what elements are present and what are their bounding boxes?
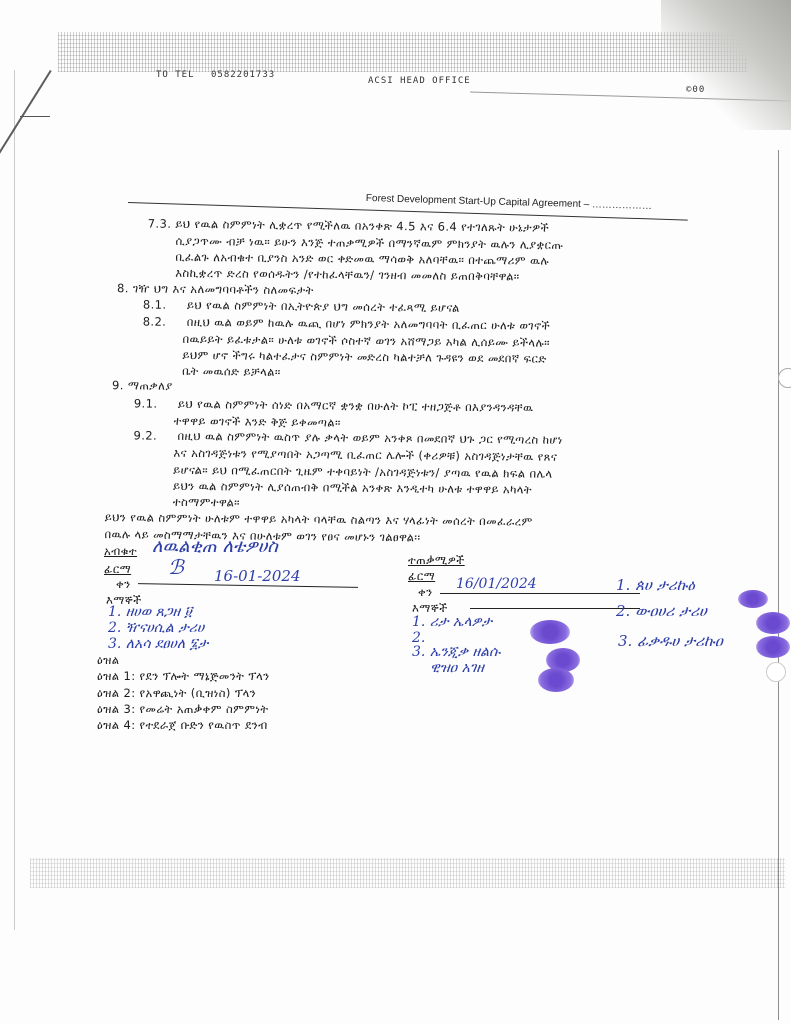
attachment-item: ዕዝል 3: የመሬት አጠቃቀም ስምምነት: [97, 702, 269, 717]
right-party-title: ተጠቃሚዎች: [408, 553, 465, 568]
fax-tel-number: 0582201733: [211, 70, 275, 80]
closing-statement: ይህን የዉል ስምምነት ሁለቱም ተዋዋይ አካላት ባላቸዉ ስልጣን እ…: [105, 510, 533, 529]
left-signature: ℬ: [168, 555, 184, 579]
punch-hole: [766, 662, 786, 682]
clause-line: ተዋዋይ ወገኖች እንድ ቅጅ ይቀመጣል።: [174, 414, 341, 431]
right-witness-1: 1. ሪታ ኤላዎታ: [412, 614, 492, 630]
fax-tel-label: TO TEL: [156, 70, 195, 80]
edge-mark: [20, 116, 50, 117]
right-date-label: ቀን: [418, 585, 433, 600]
thumbprint: [756, 636, 790, 658]
right-signer-3: 3. ፊቃዱሀ ታሪኩዐ: [618, 632, 723, 650]
left-signature-label: ፊርማ: [104, 562, 131, 577]
clause-8-2: 8.2. በዚህ ዉል ወይም ከዉሉ ዉጪ በሆነ ምክንያት አለመግባባት…: [143, 314, 550, 333]
clause-8-1: 8.1. ይህ የዉል ስምምነት በኢትዮጵያ ህግ መሰረት ተፈጻሚ ይሆ…: [143, 297, 460, 315]
left-witness-2: 2. ዥናሀሲል ታሪሀ: [108, 620, 204, 636]
clause-9: 9. ማጠቃለያ: [112, 378, 173, 394]
attachment-item: ዕዝል 1: የደን ፕሎት ማኔጅመንት ፕላን: [97, 669, 270, 684]
clause-9-1: 9.1. ይህ የዉል ስምምነት ሰነድ በአማርኛ ቋንቋ በሁለት ኮፒ …: [134, 396, 534, 415]
left-witness-1: 1. ዘሀወ ጸጋዘ ፱: [108, 604, 192, 620]
right-date-value: 16/01/2024: [456, 576, 537, 592]
clause-8: 8. ገዥ ህግ እና አለመግባባቶችን ስለመፍታት: [117, 281, 314, 298]
clause-line: ቤት መዉሰድ ይቻላል።: [182, 364, 281, 380]
scan-noise-bottom: [30, 858, 785, 888]
thumbprint: [530, 620, 570, 644]
clause-7-3: 7.3. ይህ የዉል ስምምነት ሊቋረጥ የሚችለዉ በአንቀጽ 4.5 እ…: [148, 217, 550, 236]
right-signer-2: 2. ውዐሀሪ ታሪሀ: [616, 602, 707, 620]
page-fold-line: [0, 70, 52, 228]
right-witness-3: 3. ኤንጂቃ ዘልሱ: [412, 644, 500, 660]
left-witness-3: 3. ለአሳ ደፀሀለ ፮ታ: [108, 636, 208, 652]
left-date-label: ቀን: [116, 577, 131, 592]
left-date-value: 16-01-2024: [214, 567, 300, 585]
attachment-item: ዕዝል 4: የተደራጀ ቡድን የዉስጥ ደንብ: [97, 718, 268, 733]
thumbprint: [756, 612, 790, 634]
right-date-rule: [440, 593, 640, 594]
right-witness-4: ዊዝዐ አገዘ: [430, 660, 484, 676]
fax-page-mark: ©00: [686, 85, 705, 95]
thumbprint: [538, 668, 574, 692]
left-party-name-handwritten: ለዉልቂጠ ለቴዎሀስ: [152, 536, 278, 557]
scan-edge-left: [14, 70, 15, 930]
document-header: Forest Development Start-Up Capital Agre…: [366, 193, 652, 212]
scan-edge-right: [778, 150, 779, 1020]
thumbprint: [738, 590, 768, 608]
clause-line: ተስማምተዋል።: [173, 495, 240, 511]
clause-line: እና አስገዳጅነቱን የሚያጣበት አጋጣሚ ቢፈጠር ሌሎች (ቀሪዎቹ) …: [173, 446, 557, 465]
left-party-title: አብቁተ: [104, 544, 137, 559]
page-corner-shadow: [661, 0, 791, 130]
right-signature-label: ፊርማ: [408, 569, 435, 584]
clause-9-2: 9.2. በዚህ ዉል ስምምነት ዉስጥ ያሉ ቃላት ወይም አንቀጾ በመ…: [133, 428, 562, 447]
right-signer-1: 1. ጰሀ ታሪኩዕ: [616, 576, 695, 594]
punch-hole: [778, 368, 791, 388]
attachments-label: ዕዝል: [97, 653, 119, 668]
right-witness-rule: [470, 608, 640, 609]
scan-noise-top: [58, 32, 748, 72]
fax-office: ACSI HEAD OFFICE: [368, 76, 471, 86]
attachment-item: ዕዝል 2: የአዋጪነት (ቢዝነስ) ፕላን: [97, 686, 256, 701]
